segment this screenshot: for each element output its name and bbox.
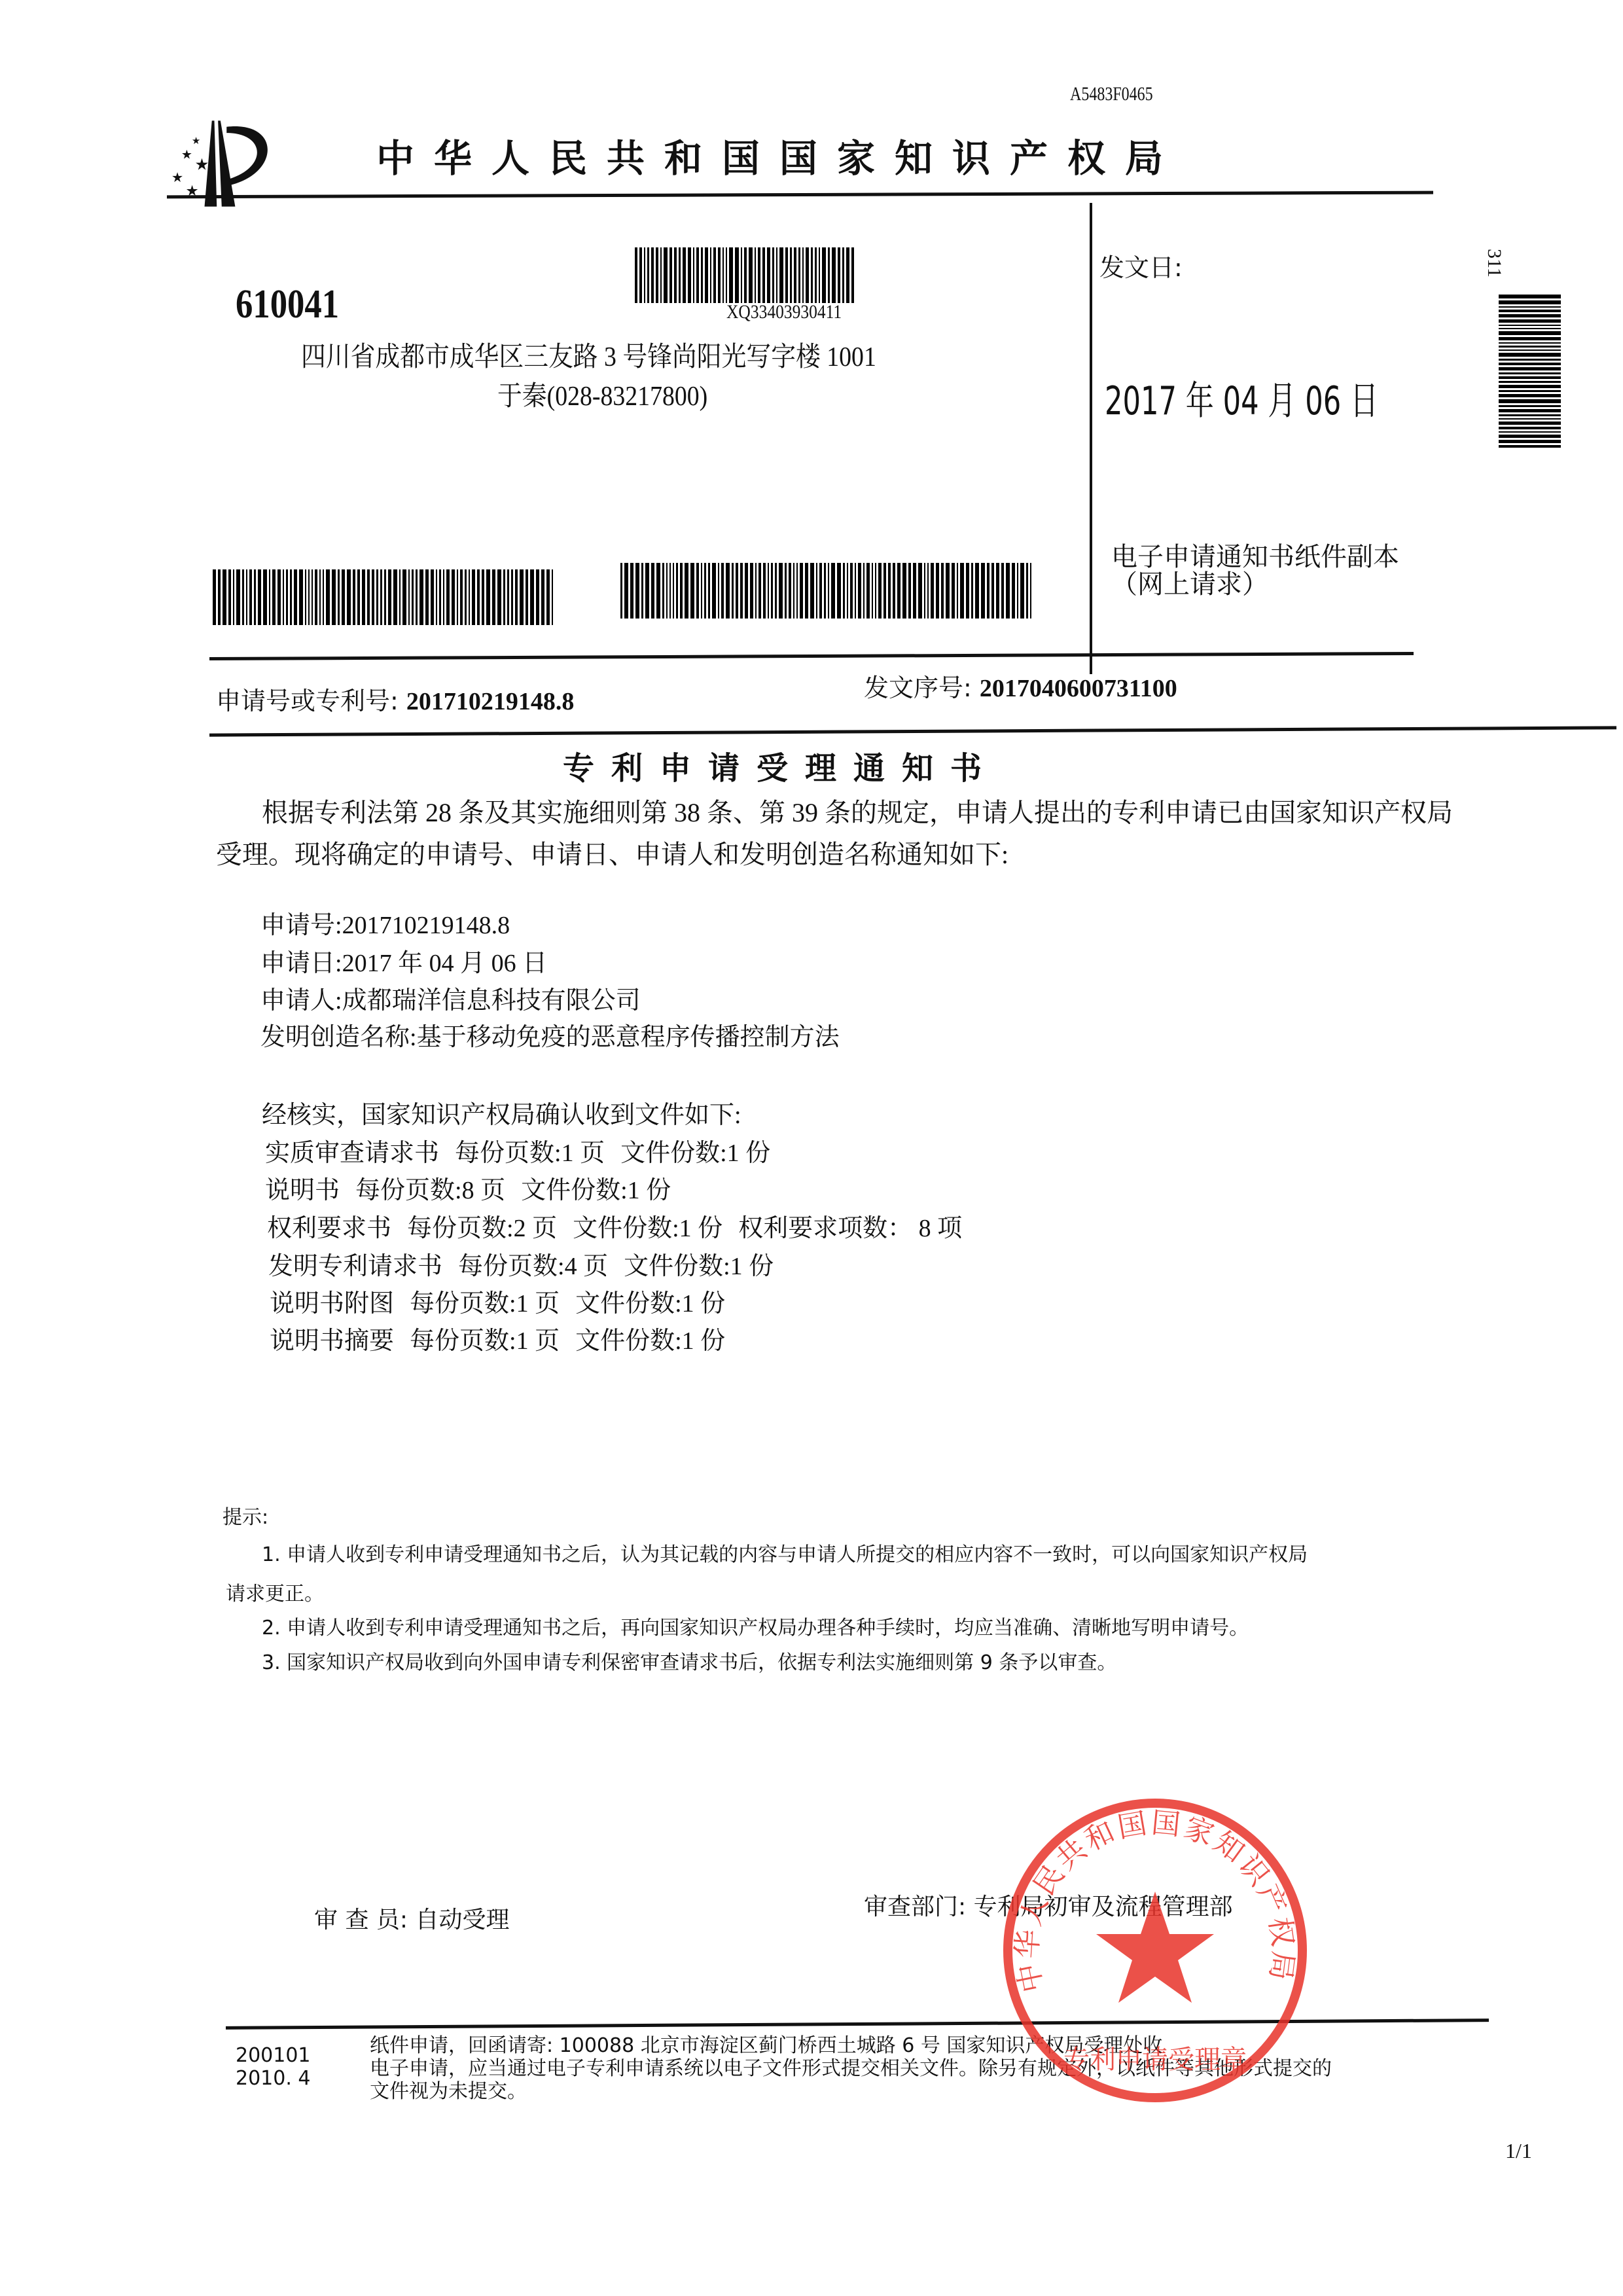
document-row: 说明书附图每份页数:1 页文件份数:1 份 <box>270 1283 741 1319</box>
recipient-address: 四川省成都市成华区三友路 3 号锋尚阳光写字楼 1001 <box>301 335 876 374</box>
document-name: 说明书摘要 <box>270 1327 394 1355</box>
document-copies: 文件份数:1 份 <box>573 1215 722 1242</box>
document-row: 发明专利请求书每份页数:4 页文件份数:1 份 <box>268 1246 789 1282</box>
tips-title: 提示: <box>223 1501 268 1530</box>
svg-text:★: ★ <box>181 149 192 162</box>
serial-number-label: 发文序号: <box>864 673 972 702</box>
tip-item: 2. 申请人收到专利申请受理通知书之后，再向国家知识产权局办理各种手续时，均应当… <box>262 1611 1249 1640</box>
numbers-top-divider <box>209 652 1414 660</box>
document-row: 权利要求书每份页数:2 页文件份数:1 份权利要求项数： 8 项 <box>267 1208 978 1244</box>
postcode: 610041 <box>236 281 339 328</box>
svg-text:★: ★ <box>171 170 183 185</box>
serial-number-row: 发文序号: 2017040600731100 <box>864 668 1177 704</box>
tip-item: 请求更正。 <box>226 1577 324 1606</box>
svg-text:★: ★ <box>192 135 200 147</box>
vertical-barcode <box>1499 295 1561 468</box>
footer-line: 文件视为未提交。 <box>370 2075 527 2104</box>
document-pages: 每份页数:2 页 <box>407 1215 557 1242</box>
document-pages: 每份页数:1 页 <box>455 1139 605 1167</box>
document-extra: 权利要求项数： 8 项 <box>738 1215 962 1242</box>
notice-title: 专利申请受理通知书 <box>563 743 999 788</box>
document-pages: 每份页数:4 页 <box>458 1253 608 1280</box>
mail-barcode <box>635 247 856 303</box>
page-number: 1/1 <box>1505 2139 1532 2163</box>
title-divider <box>209 726 1616 736</box>
issue-date-label: 发文日: <box>1099 247 1183 283</box>
barcode-code: XQ33403930411 <box>726 301 842 323</box>
document-row: 说明书摘要每份页数:1 页文件份数:1 份 <box>270 1320 741 1356</box>
tip-item: 3. 国家知识产权局收到向外国申请专利保密审查请求书后，依据专利法实施细则第 9… <box>262 1646 1116 1675</box>
document-pages: 每份页数:1 页 <box>410 1290 560 1318</box>
application-number-value: 201710219148.8 <box>406 688 575 715</box>
document-pages: 每份页数:1 页 <box>410 1327 560 1355</box>
document-name: 发明专利请求书 <box>268 1253 442 1280</box>
application-number-row: 申请号或专利号: 201710219148.8 <box>216 681 574 717</box>
document-row: 说明书每份页数:8 页文件份数:1 份 <box>265 1170 687 1206</box>
document-name: 说明书附图 <box>270 1290 394 1318</box>
barcode-right <box>620 563 1033 619</box>
document-copies: 文件份数:1 份 <box>624 1253 774 1280</box>
barcode-left <box>213 569 555 625</box>
document-name: 实质审查请求书 <box>265 1139 439 1167</box>
confirm-intro: 经核实，国家知识产权局确认收到文件如下: <box>262 1094 741 1130</box>
agency-title: 中华人民共和国国家知识产权局 <box>376 128 1183 183</box>
field-application-date: 申请日:2017 年 04 月 06 日 <box>260 942 547 978</box>
panel-divider <box>1090 203 1092 674</box>
recipient-contact: 于秦(028-83217800) <box>497 374 707 414</box>
examiner: 审 查 员: 自动受理 <box>314 1901 509 1935</box>
field-applicant: 申请人:成都瑞洋信息科技有限公司 <box>260 980 641 1016</box>
field-application-number: 申请号:201710219148.8 <box>260 905 510 941</box>
notice-intro: 根据专利法第 28 条及其实施细则第 38 条、第 39 条的规定，申请人提出的… <box>216 792 1459 876</box>
document-copies: 文件份数:1 份 <box>575 1290 725 1318</box>
form-version: 2010. 4 <box>236 2067 311 2090</box>
tip-item: 1. 申请人收到专利申请受理通知书之后，认为其记载的内容与申请人所提交的相应内容… <box>262 1538 1308 1567</box>
svg-text:★: ★ <box>195 154 209 173</box>
issue-date: 2017 年 04 月 06 日 <box>1105 370 1378 426</box>
footer-divider <box>226 2018 1489 2030</box>
document-pages: 每份页数:8 页 <box>355 1177 505 1204</box>
document-copies: 文件份数:1 份 <box>620 1139 770 1167</box>
document-row: 实质审查请求书每份页数:1 页文件份数:1 份 <box>265 1132 786 1168</box>
document-name: 说明书 <box>265 1177 340 1204</box>
document-code: A5483F0465 <box>1070 83 1153 105</box>
serial-number-value: 2017040600731100 <box>980 675 1177 702</box>
document-copies: 文件份数:1 份 <box>521 1177 671 1204</box>
application-number-label: 申请号或专利号: <box>216 687 399 715</box>
examining-department: 审查部门: 专利局初审及流程管理部 <box>864 1888 1233 1922</box>
header-divider <box>167 191 1433 199</box>
document-copies: 文件份数:1 份 <box>575 1327 725 1355</box>
paper-copy-note: 电子申请通知书纸件副本（网上请求） <box>1111 543 1419 598</box>
form-code: 200101 <box>236 2044 311 2067</box>
vertical-code: 311 <box>1483 249 1505 278</box>
field-invention-title: 发明创造名称:基于移动免疫的恶意程序传播控制方法 <box>260 1016 840 1052</box>
document-name: 权利要求书 <box>267 1215 391 1242</box>
